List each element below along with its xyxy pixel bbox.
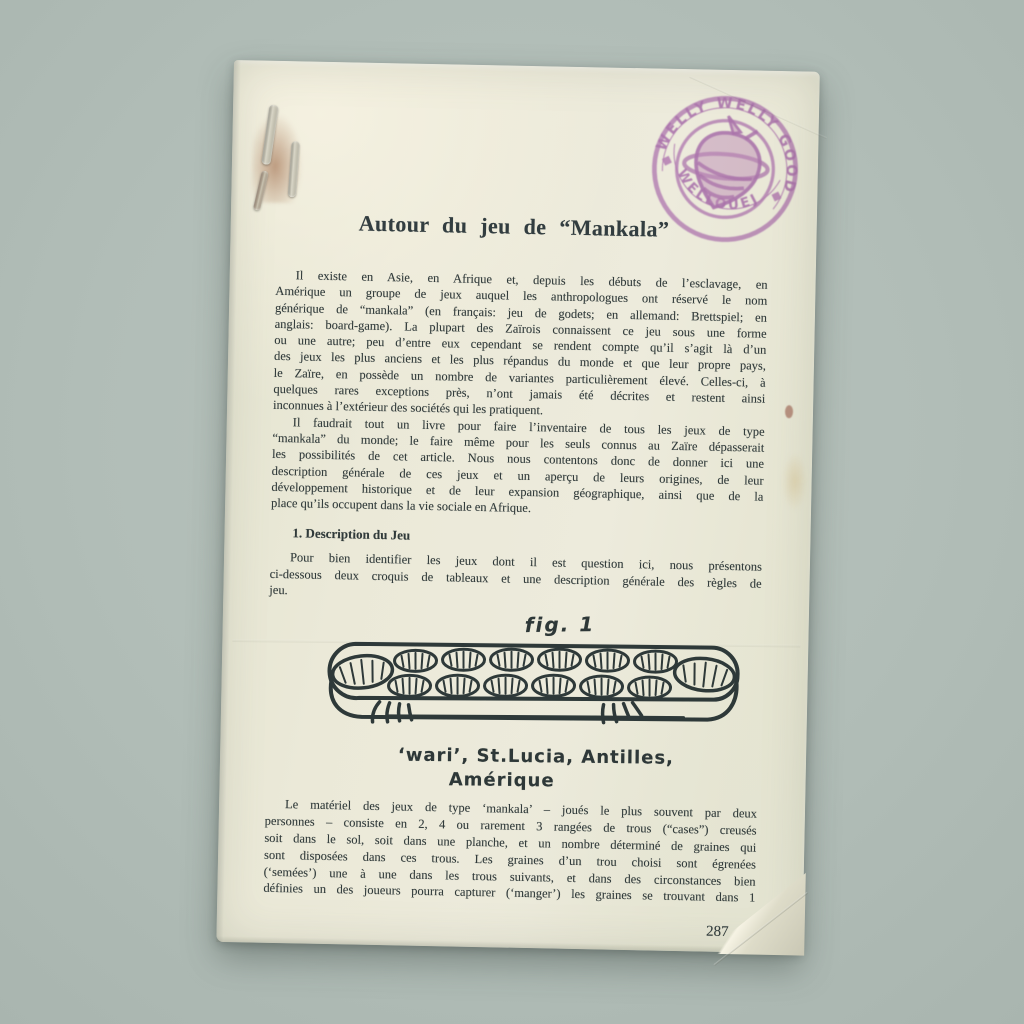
- figure: [267, 631, 761, 742]
- paragraph: Le matériel des jeux de type ‘mankala’ –…: [263, 796, 757, 907]
- paragraph: Il faudrait tout un livre pour faire l’i…: [271, 414, 765, 522]
- stamp-separator-diamond: [771, 192, 781, 202]
- caption-line: Amérique: [256, 766, 748, 796]
- photo-background: Autour du jeu de “Mankala” Il existe en …: [0, 0, 1024, 1024]
- section-heading: 1. Description du Jeu: [292, 525, 762, 551]
- ink-spot: [785, 405, 793, 418]
- paper-stain: [781, 451, 808, 512]
- figure-label: fig. 1: [525, 609, 761, 638]
- mancala-board-sketch: [267, 631, 761, 737]
- figure-caption: ‘wari’, St.Lucia, Antilles, Amérique: [290, 743, 783, 797]
- paragraph: Il existe en Asie, en Afrique et, depuis…: [273, 267, 768, 424]
- page-left-edge: [216, 60, 241, 942]
- paragraph: Pour bien identifier les jeux dont il es…: [269, 549, 762, 608]
